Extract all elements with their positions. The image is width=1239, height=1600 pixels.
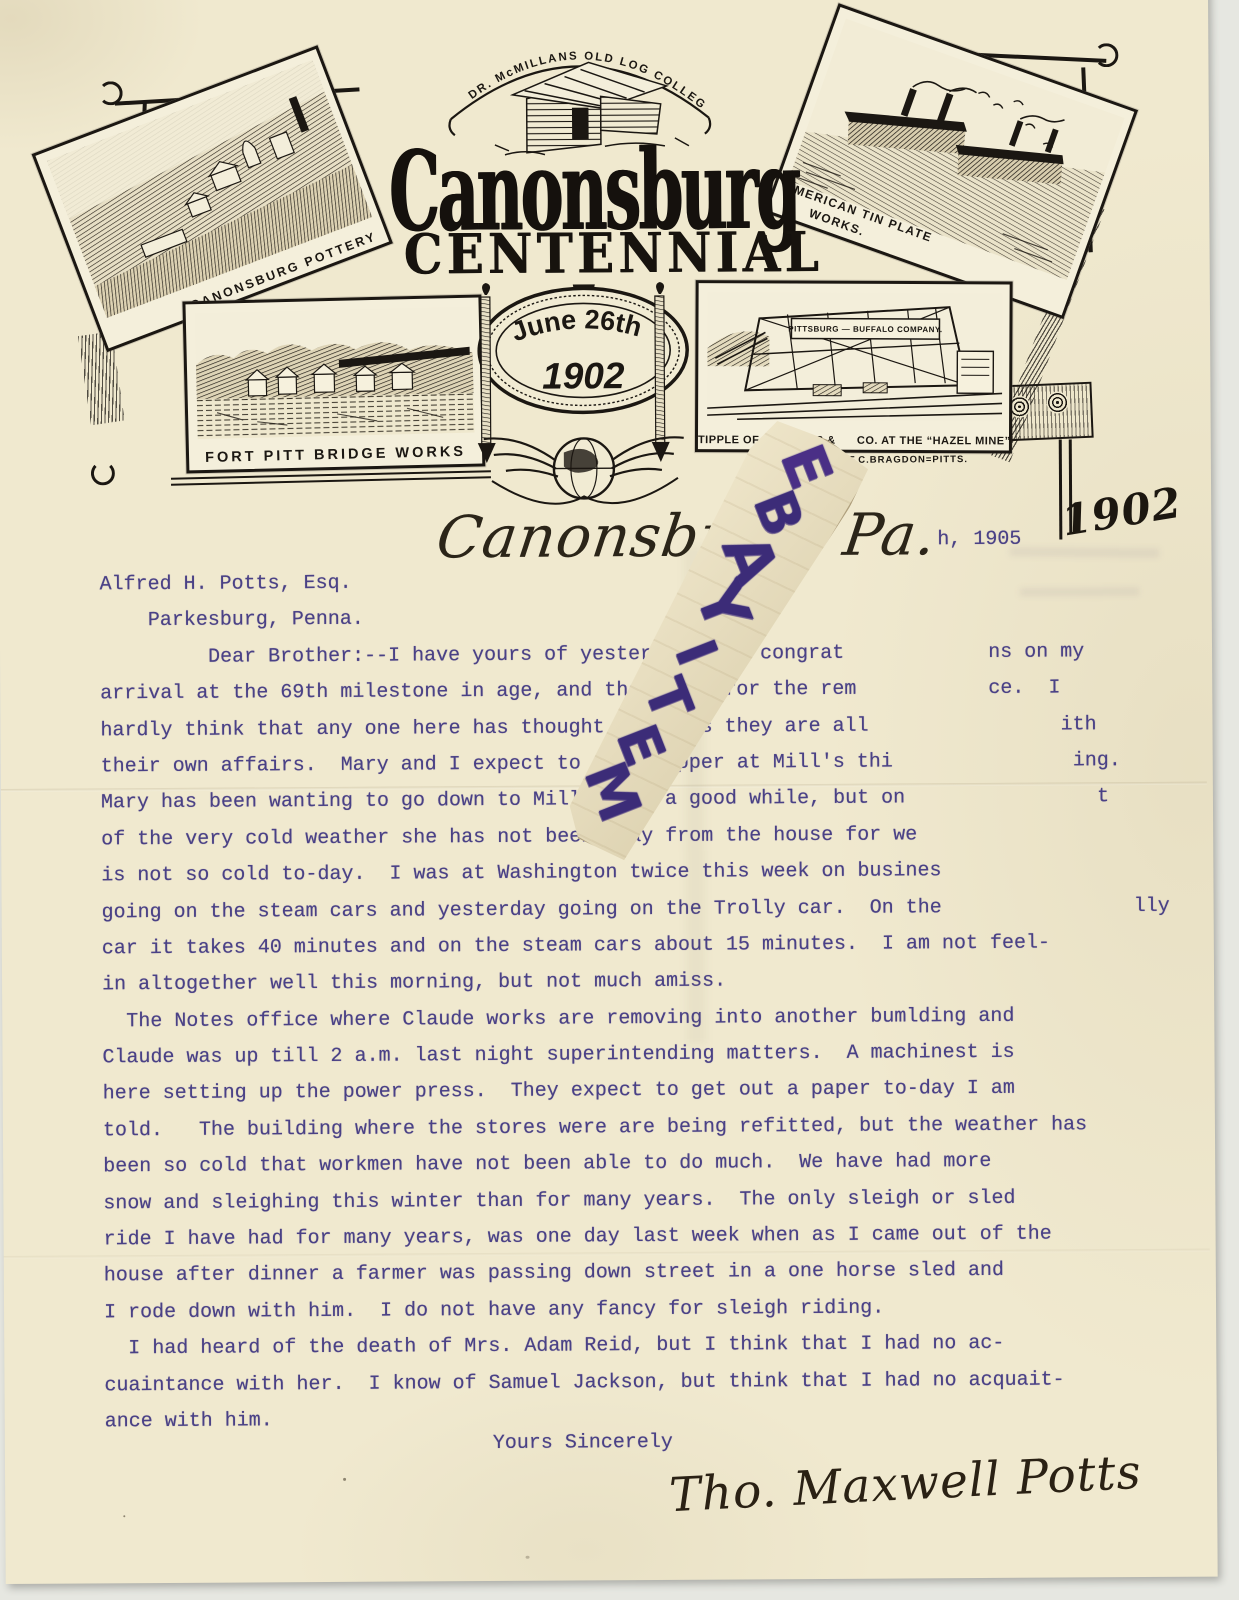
vignette-tipple-caption: TIPPLE OF THE PITTS.& CO. AT THE “HAZEL …: [698, 434, 1009, 447]
winged-globe-icon: [484, 437, 684, 504]
medallion-june-26-1902: June 26th 1902: [461, 282, 712, 514]
frame-curl-top-left: [99, 81, 123, 105]
letter-line: here setting up the power press. They ex…: [103, 1070, 1171, 1113]
tipple-banner: PITTSBURG — BUFFALO COMPANY.: [788, 324, 942, 334]
paper-speck: [123, 1515, 125, 1517]
engraver-credit: F.C.BRAGDON=PITTS.: [849, 454, 968, 466]
signature: Tho. Maxwell Potts: [668, 1445, 1143, 1523]
sticker-letter: E: [773, 438, 837, 495]
paper-speck: [526, 1556, 530, 1559]
paper-speck: [343, 1478, 346, 1481]
sticker-letter: Y: [690, 575, 756, 636]
medallion-date-line2: 1902: [542, 355, 625, 397]
vignette-fort-pitt-caption: FORT PITT BRIDGE WORKS: [189, 443, 482, 466]
letter-line: car it takes 40 minutes and on the steam…: [102, 925, 1170, 968]
handwritten-year: 1902: [1058, 478, 1185, 546]
frame-line-right-lower: [1059, 440, 1062, 540]
rosette-icon: [1046, 391, 1068, 413]
closing: Yours Sincerely: [493, 1431, 673, 1455]
frame-curl-top-right: [1094, 43, 1118, 67]
letter-paper: DR. McMILLANS OLD LOG COLLEGE Canonsburg…: [0, 0, 1218, 1584]
vignette-tipple: PITTSBURG — BUFFALO COMPANY. TIPPLE OF T…: [695, 280, 1013, 453]
bleed-mark: [1009, 547, 1159, 559]
letter-line: cuaintance with her. I know of Samuel Ja…: [104, 1361, 1172, 1404]
letterhead-subtitle: CENTENNIAL: [403, 219, 823, 287]
scanned-letter: DR. McMILLANS OLD LOG COLLEGE Canonsburg…: [0, 0, 1239, 1600]
frame-curl-bottom-left: [91, 461, 115, 485]
sticker-letter: I: [667, 633, 724, 672]
sticker-letter: T: [636, 671, 699, 726]
typed-date-fragment-right: h, 1905: [937, 528, 1021, 552]
vignette-fort-pitt: FORT PITT BRIDGE WORKS: [182, 294, 485, 473]
letter-line: told. The building where the stores were…: [103, 1107, 1171, 1150]
